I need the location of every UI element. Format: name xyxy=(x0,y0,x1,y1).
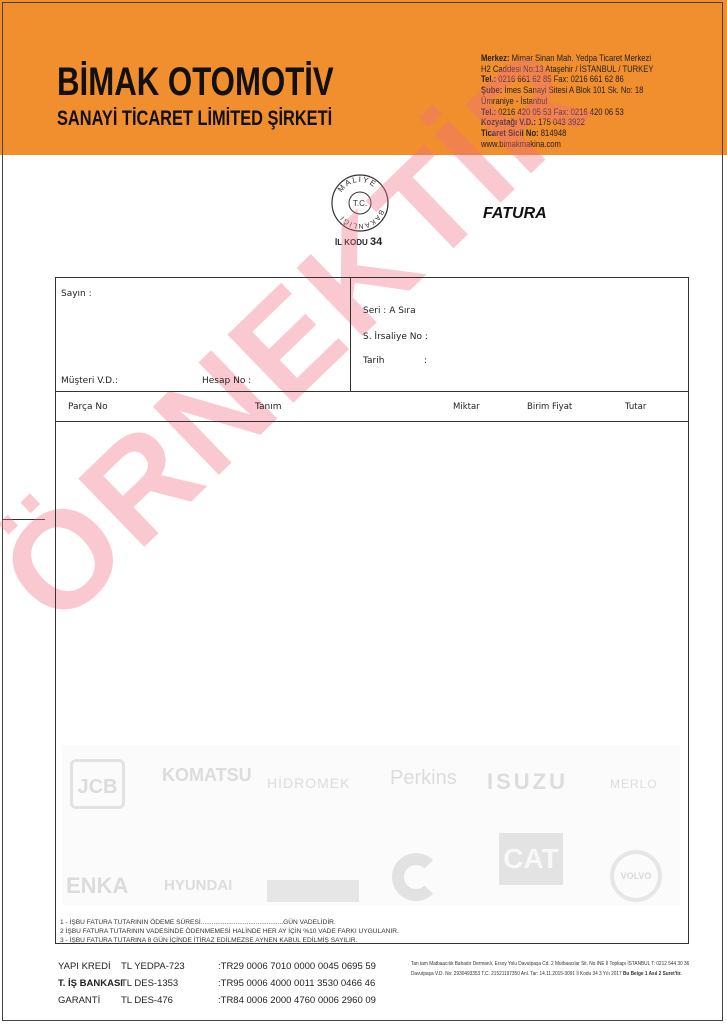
column-total: Tutar xyxy=(625,402,646,412)
term-1: 1 - İŞBU FATURA TUTARININ ÖDEME SÜRESİ..… xyxy=(60,918,399,927)
document-title: FATURA xyxy=(483,205,547,223)
fold-mark xyxy=(2,519,45,520)
column-part-no: Parça No xyxy=(68,402,108,412)
invoice-form xyxy=(55,277,689,944)
svg-text:BAKANLIĞI: BAKANLIĞI xyxy=(339,209,385,229)
form-divider xyxy=(55,421,689,422)
date-label: Tarih xyxy=(363,356,384,366)
tax-office-label: Müşteri V.D.: xyxy=(61,376,118,386)
date-colon: : xyxy=(424,356,427,366)
ministry-seal-icon: MALİYE BAKANLIĞI T.C. xyxy=(330,173,390,233)
printer-note: Tan tam Matbaacılık Bahadır Dermanlı, Er… xyxy=(411,959,689,979)
svg-text:T.C.: T.C. xyxy=(353,199,367,208)
column-description: Tanım xyxy=(255,402,282,412)
waybill-label: S. İrsaliye No : xyxy=(363,332,428,342)
column-quantity: Miktar xyxy=(453,402,480,412)
account-no-label: Hesap No : xyxy=(202,376,251,386)
series-label: Seri : A Sıra xyxy=(363,306,416,316)
payment-terms: 1 - İŞBU FATURA TUTARININ ÖDEME SÜRESİ..… xyxy=(60,918,399,945)
column-unit-price: Birim Fiyat xyxy=(527,402,572,412)
province-code: İL KODU 34 xyxy=(335,236,382,248)
term-3: 3 - İŞBU FATURA TUTARINA 8 GÜN İÇİNDE İT… xyxy=(60,936,399,945)
term-2: 2 İŞBU FATURA TUTARININ VADESİNDE ÖDENME… xyxy=(60,927,399,936)
form-divider xyxy=(55,391,689,392)
customer-label: Sayın : xyxy=(61,289,92,299)
form-divider xyxy=(350,277,351,391)
